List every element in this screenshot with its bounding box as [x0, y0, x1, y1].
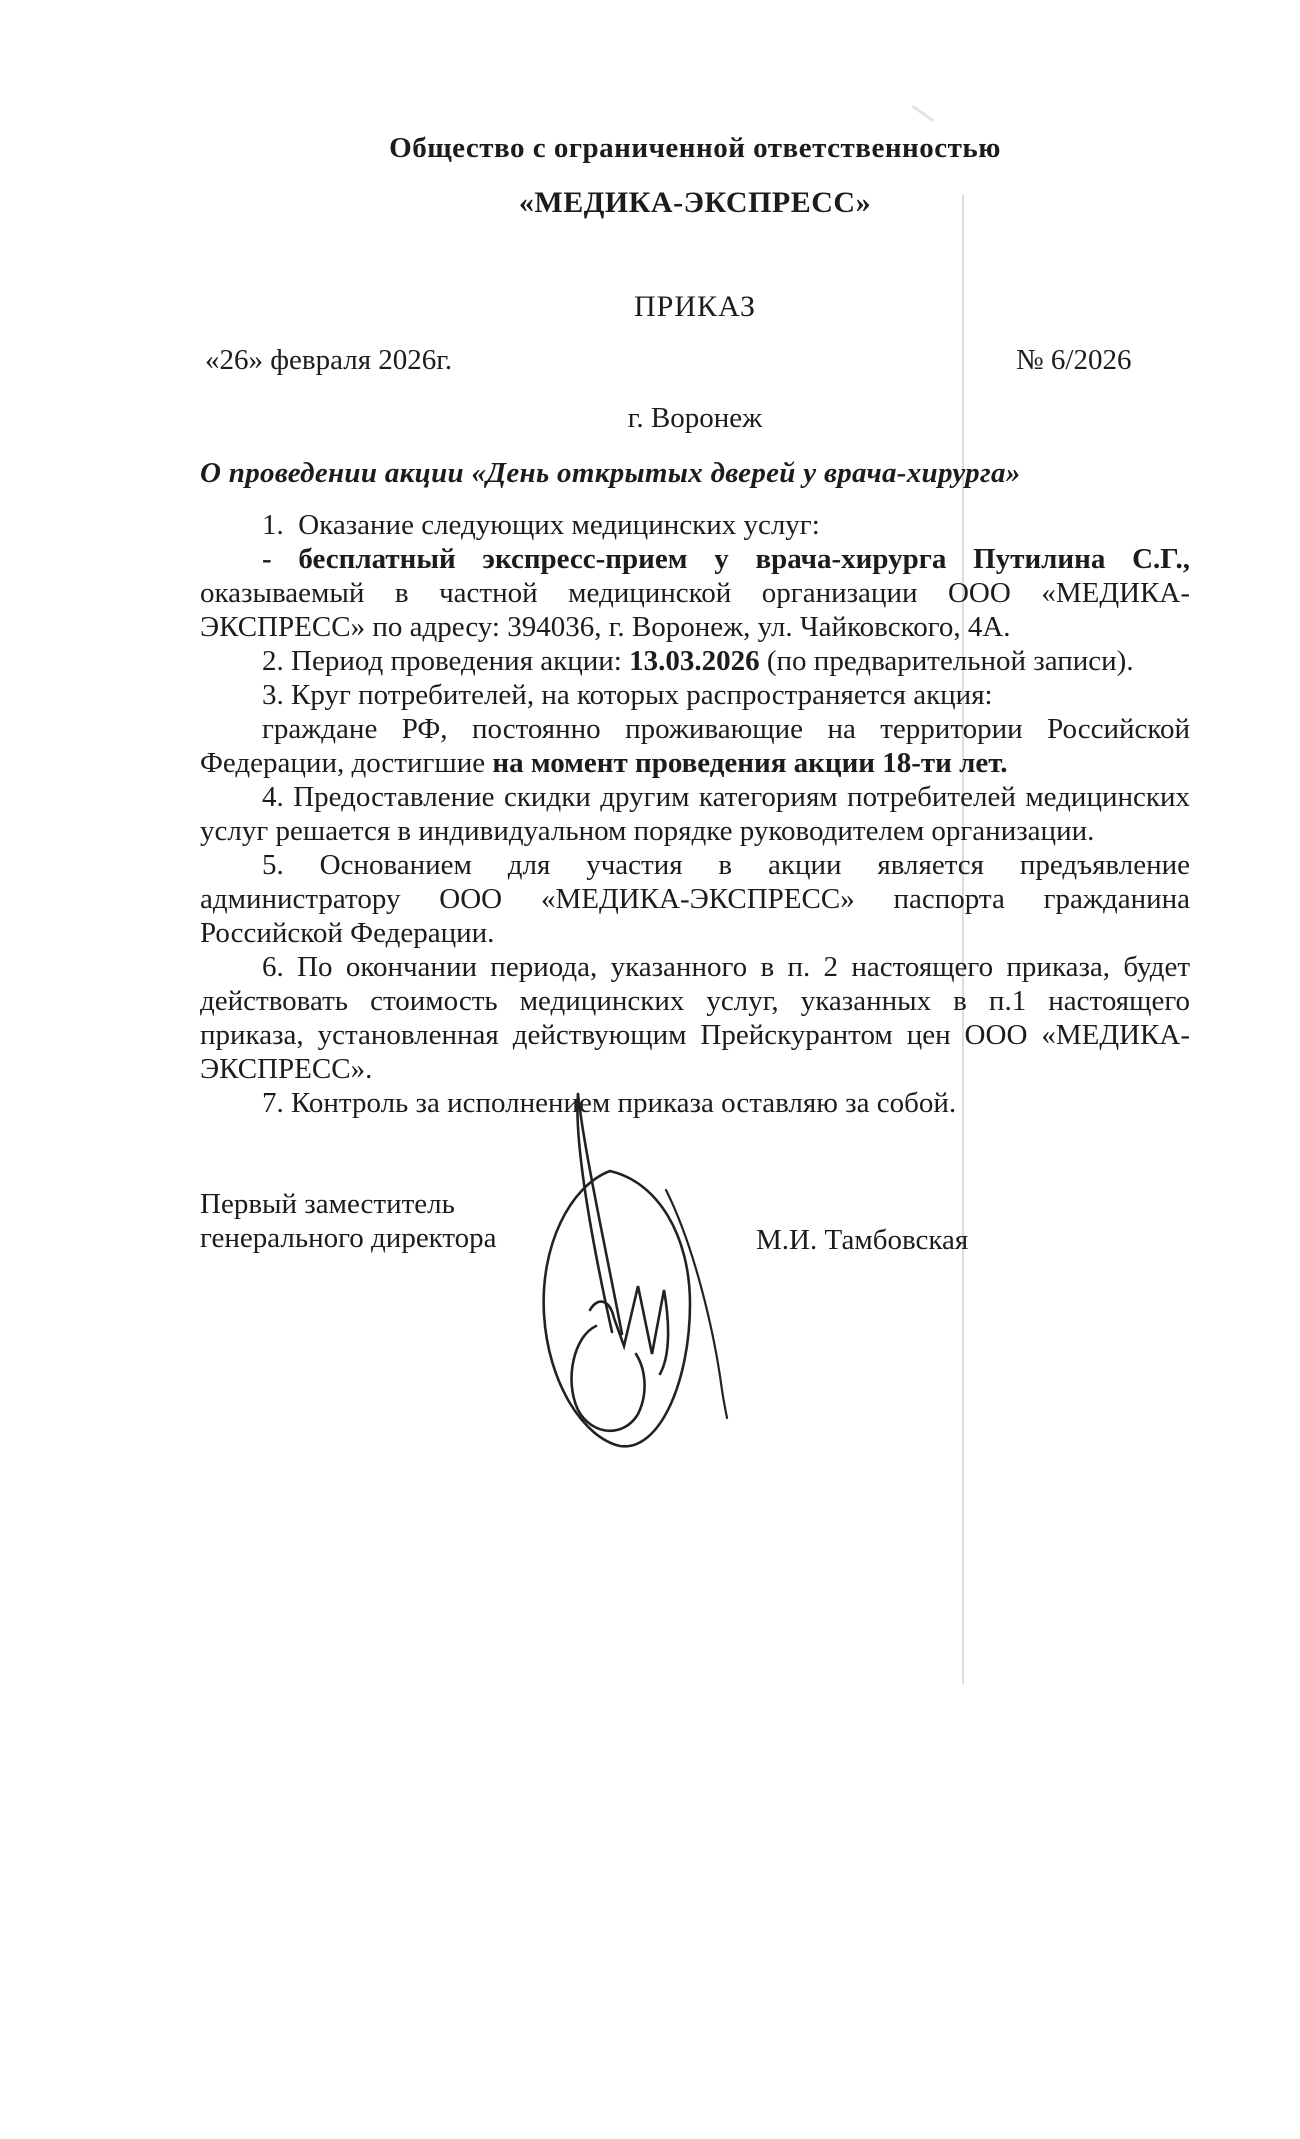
paragraph: 1. Оказание следующих медицинских услуг:: [200, 508, 1190, 542]
date-number-row: «26» февраля 2026г. № 6/2026: [200, 343, 1190, 377]
signer-position-line1: Первый заместитель: [200, 1187, 455, 1221]
org-name-line2: «МЕДИКА-ЭКСПРЕСС»: [200, 186, 1190, 220]
document-type-title: ПРИКАЗ: [200, 289, 1190, 325]
signer-name: М.И. Тамбовская: [756, 1223, 968, 1257]
org-name-line1: Общество с ограниченной ответственностью: [200, 131, 1190, 165]
signer-position-line2: генерального директора: [200, 1221, 497, 1255]
document-date: «26» февраля 2026г.: [205, 343, 452, 377]
paragraph: 2. Период проведения акции: 13.03.2026 (…: [200, 644, 1190, 678]
scan-smudge: [911, 105, 934, 122]
signature-autograph: [518, 1078, 754, 1450]
paragraph: 5. Основанием для участия в акции являет…: [200, 848, 1190, 950]
document-subject: О проведении акции «День открытых дверей…: [200, 456, 1190, 490]
paragraph: 6. По окончании периода, указанного в п.…: [200, 950, 1190, 1086]
document-city: г. Воронеж: [200, 401, 1190, 435]
paragraph: 4. Предоставление скидки другим категори…: [200, 780, 1190, 848]
body-paragraphs: 1. Оказание следующих медицинских услуг:…: [200, 508, 1190, 1120]
paragraph: - бесплатный экспресс-прием у врача-хиру…: [200, 542, 1190, 644]
paragraph: 3. Круг потребителей, на которых распрос…: [200, 678, 1190, 712]
document-number: № 6/2026: [1016, 343, 1131, 377]
document-page: Общество с ограниченной ответственностью…: [0, 0, 1300, 2139]
paragraph: граждане РФ, постоянно проживающие на те…: [200, 712, 1190, 780]
